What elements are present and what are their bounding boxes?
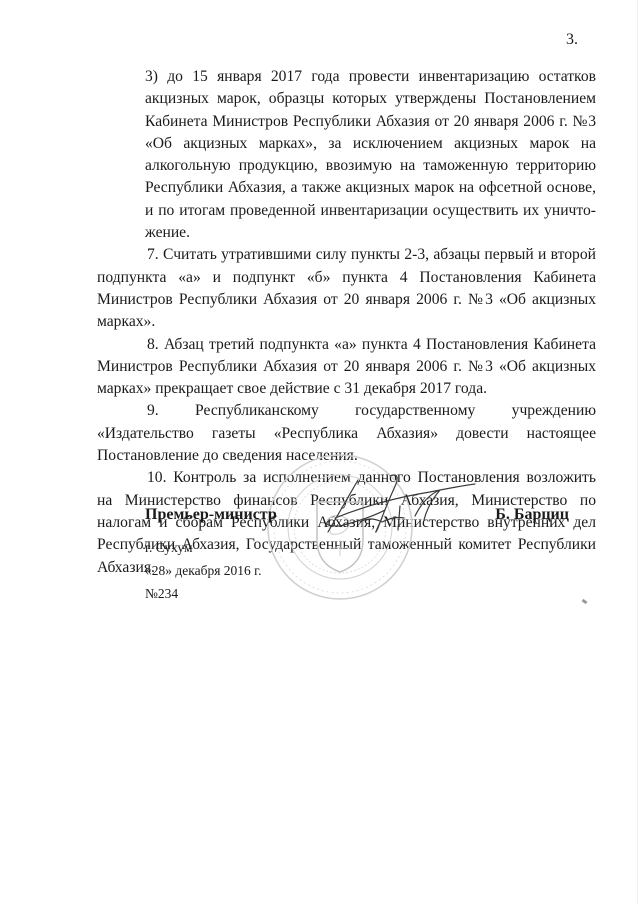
paragraph-8: 8. Абзац третий подпункта «а» пункта 4 П… bbox=[97, 334, 596, 401]
paragraph-item-3: 3) до 15 января 2017 года провести инвен… bbox=[145, 66, 596, 244]
signatory-name: Б. Барциц bbox=[495, 506, 569, 524]
document-number: №234 bbox=[145, 586, 178, 602]
document-date: «28» декабря 2016 г. bbox=[145, 563, 262, 579]
scan-artifact bbox=[582, 599, 588, 604]
paragraph-7: 7. Считать утратившими силу пункты 2-3, … bbox=[97, 244, 596, 333]
page-number: 3. bbox=[566, 31, 578, 49]
city: г. Сухум bbox=[145, 540, 193, 556]
scan-edge bbox=[637, 0, 638, 905]
signatory-title: Премьер-министр bbox=[145, 506, 277, 524]
signature-row: Премьер-министр Б. Барциц bbox=[145, 506, 585, 532]
